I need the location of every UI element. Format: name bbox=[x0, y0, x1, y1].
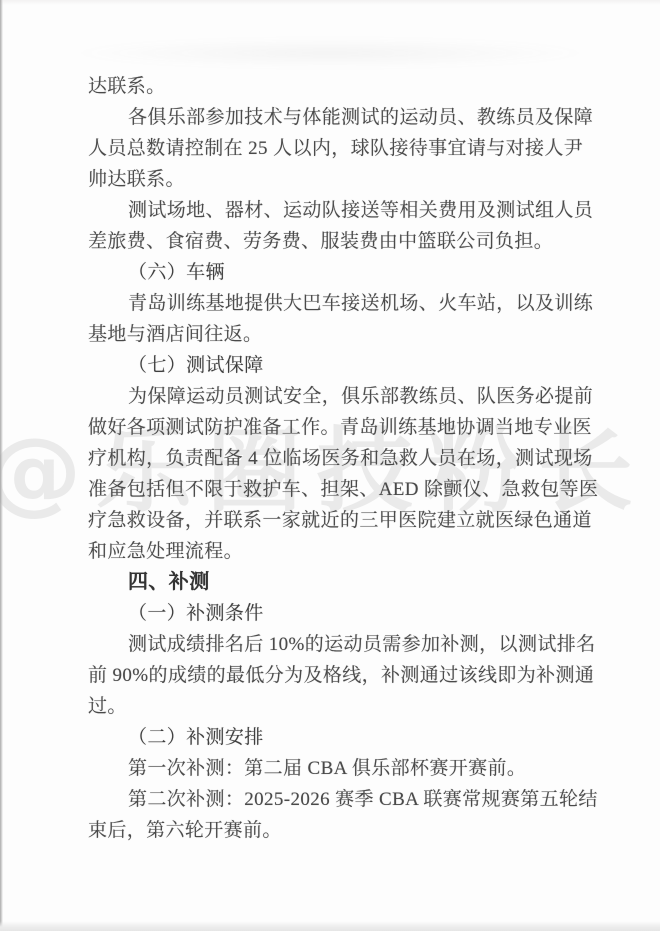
doc-line: 和应急处理流程。 bbox=[88, 536, 588, 567]
doc-line: 准备包括但不限于救护车、担架、AED 除颤仪、急救包等医 bbox=[88, 474, 588, 505]
doc-heading-seven-test-support: （七）测试保障 bbox=[88, 350, 588, 381]
document-body: 达联系。 各俱乐部参加技术与体能测试的运动员、教练员及保障 人员总数请控制在 2… bbox=[88, 71, 588, 846]
doc-line: 测试成绩排名后 10%的运动员需参加补测，以测试排名 bbox=[88, 629, 588, 660]
doc-line: 疗机构，负责配备 4 位临场医务和急救人员在场，测试现场 bbox=[88, 443, 588, 474]
doc-line: 基地与酒店间往返。 bbox=[88, 319, 588, 350]
doc-line: 人员总数请控制在 25 人以内，球队接待事宜请与对接人尹 bbox=[88, 133, 588, 164]
doc-heading-four-retest: 四、补测 bbox=[88, 567, 588, 598]
doc-line: 达联系。 bbox=[88, 71, 588, 102]
doc-heading-one-retest-conditions: （一）补测条件 bbox=[88, 598, 588, 629]
scan-edge-bottom bbox=[0, 921, 660, 931]
doc-line: 青岛训练基地提供大巴车接送机场、火车站，以及训练 bbox=[88, 288, 588, 319]
scan-edge-top bbox=[0, 0, 660, 5]
doc-line: 差旅费、食宿费、劳务费、服装费由中篮联公司负担。 bbox=[88, 226, 588, 257]
doc-line: 为保障运动员测试安全，俱乐部教练员、队医务必提前 bbox=[88, 381, 588, 412]
doc-line: 前 90%的成绩的最低分为及格线，补测通过该线即为补测通 bbox=[88, 660, 588, 691]
doc-line: 各俱乐部参加技术与体能测试的运动员、教练员及保障 bbox=[88, 102, 588, 133]
doc-heading-six-vehicles: （六）车辆 bbox=[88, 257, 588, 288]
doc-line: 疗急救设备，并联系一家就近的三甲医院建立就医绿色通道 bbox=[88, 505, 588, 536]
doc-line: 束后，第六轮开赛前。 bbox=[88, 815, 588, 846]
doc-heading-two-retest-schedule: （二）补测安排 bbox=[88, 722, 588, 753]
scan-edge-left bbox=[0, 0, 3, 931]
doc-line: 第一次补测：第二届 CBA 俱乐部杯赛开赛前。 bbox=[88, 753, 588, 784]
doc-line: 过。 bbox=[88, 691, 588, 722]
doc-line: 第二次补测：2025-2026 赛季 CBA 联赛常规赛第五轮结 bbox=[88, 784, 588, 815]
doc-line: 做好各项测试防护准备工作。青岛训练基地协调当地专业医 bbox=[88, 412, 588, 443]
doc-line: 测试场地、器材、运动队接送等相关费用及测试组人员 bbox=[88, 195, 588, 226]
scan-smudge bbox=[70, 38, 590, 68]
doc-line: 帅达联系。 bbox=[88, 164, 588, 195]
screenshot-root: @乐圈技粉长 达联系。 各俱乐部参加技术与体能测试的运动员、教练员及保障 人员总… bbox=[0, 0, 660, 931]
